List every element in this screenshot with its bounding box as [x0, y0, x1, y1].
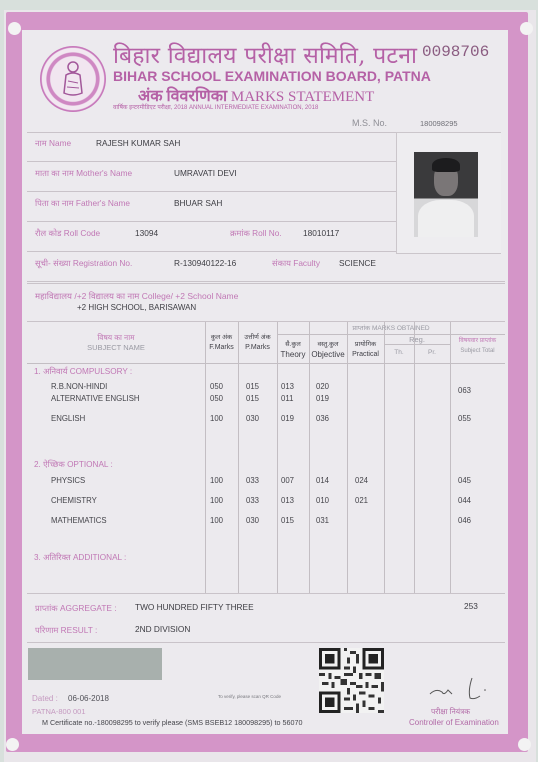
header-marks-obtained: प्राप्तांक MARKS OBTAINED — [277, 324, 505, 334]
signature — [428, 676, 488, 704]
roll-code-label: रौल कोड Roll Code — [35, 228, 100, 239]
name-row: नाम Name RAJESH KUMAR SAH — [27, 132, 396, 162]
registration-no: R-130940122-16 — [174, 258, 236, 268]
section-optional: 2. ऐच्छिक OPTIONAL : — [34, 459, 113, 470]
roll-no: 18010117 — [303, 228, 339, 238]
student-name: RAJESH KUMAR SAH — [96, 138, 180, 148]
college-label: महाविद्यालय /+2 विद्यालय का नाम College/… — [35, 291, 238, 302]
faculty-label: संकाय Faculty — [272, 258, 320, 269]
punch-hole — [8, 22, 21, 35]
qr-verify-text: To verify, please scan QR Code — [218, 694, 281, 699]
aggregate-label: प्राप्तांक AGGREGATE : — [35, 603, 117, 614]
redacted-area — [28, 648, 162, 680]
summary-section: प्राप्तांक AGGREGATE : TWO HUNDRED FIFTY… — [27, 595, 505, 643]
roll-code: 13094 — [135, 228, 158, 238]
roll-no-label: क्रमांक Roll No. — [230, 228, 282, 239]
father-name-row: पिता का नाम Father's Name BHUAR SAH — [27, 192, 396, 222]
faculty: SCIENCE — [339, 258, 376, 268]
serial-number: 0098706 — [422, 43, 489, 61]
registration-row: सूची- संख्या Registration No. R-13094012… — [27, 252, 505, 282]
header-reg-th: Th. — [384, 348, 414, 358]
header-pass-marks: उत्तीर्ण अंक P.Marks — [238, 333, 277, 353]
father-name-label: पिता का नाम Father's Name — [35, 198, 130, 209]
student-photo — [414, 152, 478, 237]
result-label: परिणाम RESULT : — [35, 625, 97, 636]
punch-hole — [520, 22, 533, 35]
section-additional: 3. अतिरिक्त ADDITIONAL : — [34, 552, 126, 563]
signatory-hindi: परीक्षा नियंत्रक — [431, 707, 470, 717]
result-value: 2ND DIVISION — [135, 624, 190, 634]
mother-name-row: माता का नाम Mother's Name UMRAVATI DEVI — [27, 162, 396, 192]
exam-name: वार्षिक इन्टरमीडिएट परीक्षा, 2018 ANNUAL… — [113, 103, 318, 111]
ms-no-value: 180098295 — [420, 119, 458, 128]
marks-table: विषय का नाम SUBJECT NAME कुल अंक F.Marks… — [27, 321, 505, 594]
certificate-verify-line: M Certificate no.-180098295 to verify pl… — [42, 718, 303, 727]
header-subject: विषय का नाम SUBJECT NAME — [27, 333, 205, 353]
aggregate-words: TWO HUNDRED FIFTY THREE — [135, 602, 254, 612]
name-label: नाम Name — [35, 138, 71, 149]
punch-hole — [518, 738, 531, 751]
date-line: Dated : 06-06-2018 — [32, 694, 109, 703]
section-compulsory: 1. अनिवार्य COMPULSORY : — [34, 366, 132, 377]
dated-label: Dated : — [32, 694, 58, 703]
header-full-marks: कुल अंक F.Marks — [205, 333, 238, 353]
signatory-english: Controller of Examination — [409, 718, 499, 727]
punch-hole — [6, 738, 19, 751]
header-objective: वस्तु.कुल Objective — [309, 340, 347, 360]
registration-label: सूची- संख्या Registration No. — [35, 258, 132, 269]
roll-row: रौल कोड Roll Code 13094 क्रमांक Roll No.… — [27, 222, 396, 252]
place: PATNA-800 001 — [32, 707, 86, 716]
college-section: महाविद्यालय /+2 विद्यालय का नाम College/… — [27, 283, 505, 320]
qr-code-icon[interactable] — [319, 648, 384, 713]
ms-no-label: M.S. No. — [352, 118, 387, 128]
board-name-hindi: बिहार विद्यालय परीक्षा समिति, पटना — [113, 38, 417, 70]
header-theory: सै.कुल Theory — [277, 340, 309, 360]
header-reg: Reg. — [384, 335, 450, 345]
header-practical: प्रायोगिक Practical — [347, 340, 384, 360]
mother-name-label: माता का नाम Mother's Name — [35, 168, 132, 179]
goddess-emblem-icon — [58, 59, 88, 99]
mother-name: UMRAVATI DEVI — [174, 168, 237, 178]
header-subject-total: विषयवार प्राप्तांक Subject Total — [450, 336, 505, 356]
father-name: BHUAR SAH — [174, 198, 222, 208]
board-name-english: BIHAR SCHOOL EXAMINATION BOARD, PATNA — [113, 68, 431, 84]
aggregate-value: 253 — [464, 601, 478, 611]
header-reg-pr: Pr. — [414, 348, 450, 358]
college-name: +2 HIGH SCHOOL, BARISAWAN — [77, 303, 196, 312]
board-seal-icon — [40, 46, 106, 112]
dated-value: 06-06-2018 — [68, 694, 109, 703]
